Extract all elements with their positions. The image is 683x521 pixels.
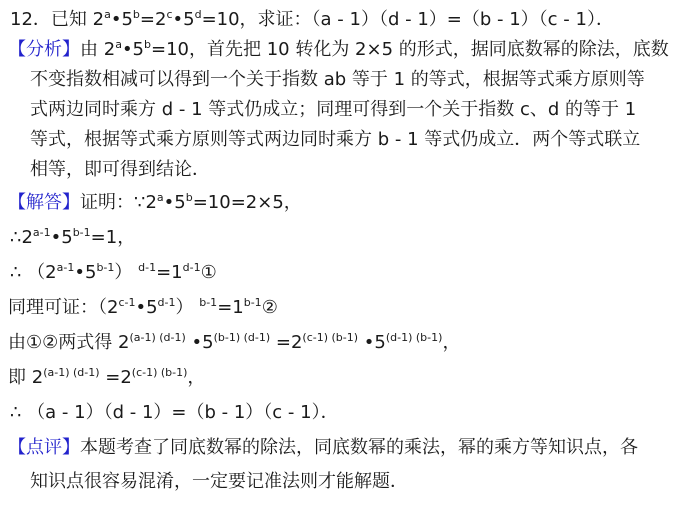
text-segment: 12．已知 2 (10, 9, 104, 30)
superscript-exponent: a (157, 191, 164, 204)
superscript-exponent: b (144, 38, 151, 51)
superscript-exponent: (c-1) (b-1) (132, 366, 188, 379)
section-label: 【解答】 (8, 192, 80, 213)
text-segment: •5 (186, 332, 214, 353)
superscript-exponent: (a-1) (d-1) (129, 331, 185, 344)
text-segment: •5 (111, 9, 133, 30)
text-segment: ） (176, 297, 200, 318)
superscript-exponent: (a-1) (d-1) (43, 366, 99, 379)
text-segment: 同理可证：（2 (8, 297, 118, 318)
text-segment: =10=2×5， (193, 192, 302, 213)
doc-line: 知识点很容易混淆，一定要记准法则才能解题． (0, 465, 683, 498)
superscript-exponent: a (104, 8, 111, 21)
superscript-exponent: a (115, 38, 122, 51)
text-segment: 等式，根据等式乘方原则等式两边同时乘方 b - 1 等式仍成立．两个等式联立 (30, 129, 640, 150)
text-segment: •5 (122, 39, 144, 60)
text-segment: 由①②两式得 2 (8, 332, 129, 353)
text-segment: •5 (358, 332, 386, 353)
doc-line: 【分析】由 2a•5b=10，首先把 10 转化为 2×5 的形式，据同底数幂的… (0, 35, 683, 65)
superscript-exponent: b-1 (96, 261, 114, 274)
text-segment: =2 (100, 367, 132, 388)
superscript-exponent: d-1 (158, 296, 176, 309)
document: 12．已知 2a•5b=2c•5d=10，求证：（a - 1）（d - 1）=（… (0, 0, 683, 498)
superscript-exponent: a-1 (57, 261, 75, 274)
text-segment: =2 (270, 332, 302, 353)
superscript-exponent: b-1 (73, 226, 91, 239)
superscript-exponent: b-1 (199, 296, 217, 309)
text-segment: 由 2 (80, 39, 115, 60)
section-label: 【分析】 (8, 39, 80, 60)
text-segment: =1 (217, 297, 244, 318)
text-segment: 式两边同时乘方 d - 1 等式仍成立；同理可得到一个关于指数 c、d 的等于 … (30, 99, 636, 120)
superscript-exponent: (b-1) (d-1) (214, 331, 271, 344)
doc-line: 由①②两式得 2(a-1) (d-1) •5(b-1) (d-1) =2(c-1… (0, 325, 683, 360)
text-segment: •5 (135, 297, 157, 318)
doc-line: 式两边同时乘方 d - 1 等式仍成立；同理可得到一个关于指数 c、d 的等于 … (0, 95, 683, 125)
text-segment: ∴2 (10, 227, 33, 248)
text-segment: 证明：∵2 (80, 192, 157, 213)
doc-line: 即 2(a-1) (d-1) =2(c-1) (b-1)， (0, 360, 683, 395)
text-segment: =10，首先把 10 转化为 2×5 的形式，据同底数幂的除法，底数 (151, 39, 669, 60)
superscript-exponent: (c-1) (b-1) (302, 331, 358, 344)
section-label: 【点评】 (8, 437, 80, 458)
superscript-exponent: b (186, 191, 193, 204)
text-segment: =1， (91, 227, 136, 248)
doc-line: 【解答】证明：∵2a•5b=10=2×5， (0, 185, 683, 220)
superscript-exponent: c-1 (118, 296, 135, 309)
doc-line: ∴ （2a-1•5b-1） d-1=1d-1① (0, 255, 683, 290)
text-segment: •5 (74, 262, 96, 283)
doc-line: 不变指数相减可以得到一个关于指数 ab 等于 1 的等式，根据等式乘方原则等 (0, 65, 683, 95)
text-segment: 知识点很容易混淆，一定要记准法则才能解题． (30, 471, 408, 492)
superscript-exponent: a-1 (33, 226, 51, 239)
superscript-exponent: d (195, 8, 202, 21)
text-segment: ， (442, 332, 460, 353)
text-segment: ） (114, 262, 138, 283)
text-segment: 本题考查了同底数幂的除法，同底数幂的乘法，幂的乘方等知识点，各 (80, 437, 638, 458)
text-segment: ∴ （2 (10, 262, 57, 283)
text-segment: =1 (156, 262, 183, 283)
doc-line: ∴2a-1•5b-1=1， (0, 220, 683, 255)
text-segment: ， (187, 367, 205, 388)
superscript-exponent: b-1 (244, 296, 262, 309)
text-segment: 即 2 (8, 367, 43, 388)
text-segment: •5 (164, 192, 186, 213)
doc-line: ∴ （a - 1）（d - 1）=（b - 1）（c - 1）． (0, 395, 683, 430)
superscript-exponent: d-1 (183, 261, 201, 274)
superscript-exponent: (d-1) (b-1) (386, 331, 443, 344)
text-segment: •5 (173, 9, 195, 30)
doc-line: 相等，即可得到结论． (0, 155, 683, 185)
superscript-exponent: b (133, 8, 140, 21)
text-segment: 不变指数相减可以得到一个关于指数 ab 等于 1 的等式，根据等式乘方原则等 (30, 69, 645, 90)
doc-line: 12．已知 2a•5b=2c•5d=10，求证：（a - 1）（d - 1）=（… (0, 5, 683, 35)
text-segment: ① (201, 262, 217, 283)
text-segment: ② (262, 297, 278, 318)
text-segment: •5 (51, 227, 73, 248)
doc-line: 【点评】本题考查了同底数幂的除法，同底数幂的乘法，幂的乘方等知识点，各 (0, 430, 683, 465)
doc-line: 等式，根据等式乘方原则等式两边同时乘方 b - 1 等式仍成立．两个等式联立 (0, 125, 683, 155)
text-segment: =10，求证：（a - 1）（d - 1）=（b - 1）（c - 1）． (202, 9, 614, 30)
text-segment: ∴ （a - 1）（d - 1）=（b - 1）（c - 1）． (10, 402, 339, 423)
superscript-exponent: d-1 (138, 261, 156, 274)
text-segment: =2 (140, 9, 167, 30)
text-segment: 相等，即可得到结论． (30, 159, 210, 180)
doc-line: 同理可证：（2c-1•5d-1） b-1=1b-1② (0, 290, 683, 325)
